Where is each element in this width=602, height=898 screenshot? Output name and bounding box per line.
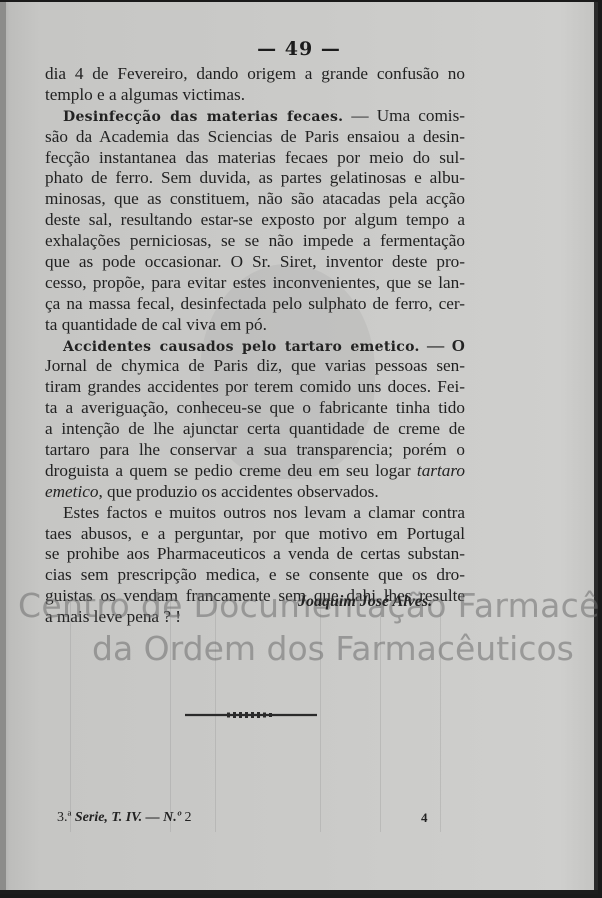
italic-run: emetico (45, 482, 98, 501)
text-line: ça na massa fecal, desinfectada pelo sul… (45, 294, 465, 315)
section-heading: Desinfecção das materias fecaes. (63, 109, 343, 125)
text-line: phato de ferro. Sem duvida, as partes ge… (45, 168, 465, 189)
text-line: Jornal de chymica de Paris diz, que vari… (45, 356, 465, 377)
article-body: dia 4 de Fevereiro, dando origem a grand… (45, 64, 465, 628)
series-number: 3.ª (57, 810, 71, 825)
scanned-page: — 49 — dia 4 de Fevereiro, dando origem … (0, 2, 598, 894)
text-line: se prohibe aos Pharmaceuticos a venda de… (45, 544, 465, 565)
text-line: tartaro para lhe conservar a sua transpa… (45, 440, 465, 461)
footer-series: 3.ª Serie, T. IV. — N.º 2 (57, 810, 191, 826)
text-line: exhalações perniciosas, se se não impede… (45, 231, 465, 252)
text-line: que as pode occasionar. O Sr. Siret, inv… (45, 252, 465, 273)
page-edge-bottom (0, 890, 598, 894)
text-line: emetico, que produzio os accidentes obse… (45, 482, 465, 503)
text-line: ta quantidade de cal viva em pó. (45, 315, 465, 336)
em-dash: — (420, 336, 452, 355)
italic-run: tartaro (417, 461, 465, 480)
section-heading-line: Desinfecção das materias fecaes. — Uma c… (45, 106, 465, 127)
text-run: droguista a quem se pedio creme deu em s… (45, 461, 417, 480)
text-run: Uma comis- (377, 106, 465, 125)
divider-ornament-icon (185, 712, 317, 718)
text-line: droguista a quem se pedio creme deu em s… (45, 461, 465, 482)
text-line: Estes factos e muitos outros nos levam a… (45, 503, 465, 524)
text-line: cias sem prescripção medica, e se consen… (45, 565, 465, 586)
signature-mark: 4 (421, 810, 428, 826)
text-line: deste sal, resultando estar-se exposto p… (45, 210, 465, 231)
text-line: ta a averiguação, conheceu-se que o fabr… (45, 398, 465, 419)
text-line: dia 4 de Fevereiro, dando origem a grand… (45, 64, 465, 85)
author-signature: Joaquim José Alves. (298, 593, 432, 611)
text-run: O (452, 336, 465, 355)
text-line: minosas, que as constituem, não são atac… (45, 189, 465, 210)
text-line: a intenção de lhe ajunctar certa quantid… (45, 419, 465, 440)
page-edge-right (594, 2, 598, 894)
section-heading-line: Accidentes causados pelo tartaro emetico… (45, 336, 465, 357)
text-line: fecção instantanea das materias fecaes p… (45, 148, 465, 169)
text-line: taes abusos, e a perguntar, por que moti… (45, 524, 465, 545)
text-line: templo e a algumas victimas. (45, 85, 465, 106)
text-line: tiram grandes accidentes por terem comid… (45, 377, 465, 398)
issue-number: 2 (184, 810, 191, 825)
binding-shadow (0, 2, 6, 894)
page-number: — 49 — (0, 38, 598, 60)
text-line: são da Academia das Sciencias de Paris e… (45, 127, 465, 148)
text-line: cesso, propõe, para evitar estes inconve… (45, 273, 465, 294)
watermark-line-2: da Ordem dos Farmacêuticos (92, 629, 574, 668)
section-heading: Accidentes causados pelo tartaro emetico… (63, 339, 420, 355)
em-dash: — (343, 106, 376, 125)
text-run: , que produzio os accidentes observados. (98, 482, 378, 501)
series-label: Serie, T. IV. — N.º (75, 810, 181, 825)
